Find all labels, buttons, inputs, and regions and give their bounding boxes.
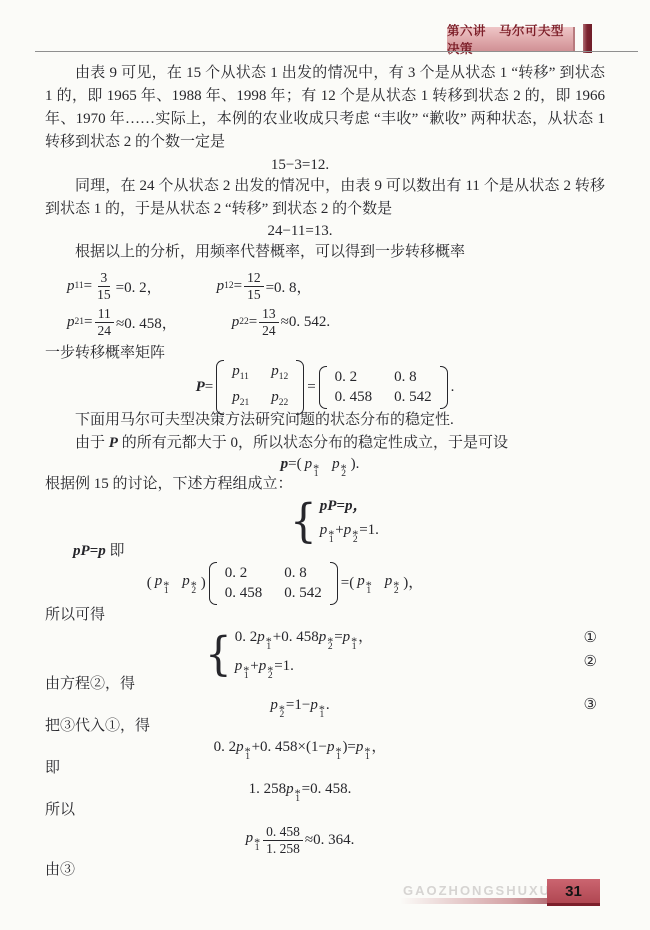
subscript-12: 12 [279,372,289,382]
text-run: 即 [106,543,125,559]
text-run: 的所有元都大于 0，所以状态分布的稳定性成立，于是可设 [118,435,508,451]
page-number: 31 [565,883,582,900]
transition-prob-row-2: p21=1124≈0. 458， p22=1324≈0. 542. [45,304,605,340]
subscript-1: 1 [266,643,271,652]
result: ≈0. 364. [305,830,354,850]
coef: 0. 2 [235,629,258,645]
paragraph-6: 根据例 15 的讨论，下述方程组成立： [45,473,605,496]
denominator: 15 [94,287,114,303]
var-p: p [232,314,240,331]
value: ≈0. 458， [116,312,177,333]
subscript-2: 2 [341,470,346,479]
value: =0. 2， [116,276,162,297]
var-P: P [109,435,118,451]
subscript-22: 22 [279,398,289,408]
equals: = [84,314,92,331]
p-star-1: p*1 [320,522,336,538]
paragraph-11: 即 [45,757,605,779]
plus: + [335,522,343,538]
p-star-2: p*2 [332,456,348,472]
matrix-numeric: 0. 2 0. 8 0. 458 0. 542 [319,366,448,409]
subscript-2: 2 [268,672,273,681]
system2-line1: 0. 2p*1+0. 458p*2=p*1， [235,627,373,652]
equation-system-2: { 0. 2p*1+0. 458p*2=p*1， p*1+p*2=1. ① ② [45,627,605,673]
system-brace: { [205,631,232,677]
system2-line2: p*1+p*2=1. [235,656,373,681]
var-p: p [319,629,327,645]
numerator: 0. 458 [263,824,303,841]
subscript-1: 1 [244,672,249,681]
transition-matrix-equation: P= p11 p12 p21 p22 = 0. 2 0. 8 0. 458 0 [45,365,605,409]
var-p: p [343,629,351,645]
value: ≈0. 542. [281,314,330,331]
subscript-2: 2 [394,587,399,596]
header-rule [35,51,638,52]
cell-v22: 0. 542 [284,585,322,602]
p-star-1: p*1 [235,658,251,674]
textbook-page: 第六讲 马尔可夫型决策 由表 9 可见，在 15 个从状态 1 出发的情况中，有… [0,0,650,930]
equation-tag-1: ① [584,628,597,647]
numerator: 11 [95,306,114,323]
result: =0. 458. [302,781,352,797]
equals: = [249,314,257,331]
left-paren: ( [147,573,152,593]
subscript-2: 2 [328,643,333,652]
paragraph-13: 由③ [45,859,605,881]
left-paren [319,366,327,409]
text-run: 由于 [75,435,109,451]
var-p: p [305,456,313,472]
fraction-13-24: 1324 [259,306,279,338]
paragraph-2: 同理，在 24 个从状态 2 出发的情况中，由表 9 可以数出有 11 个是从状… [45,175,605,221]
subscript-1: 1 [319,711,324,720]
equals: = [288,456,296,472]
var-p: p [385,573,393,589]
subscript-1: 1 [245,753,250,762]
subscript-21: 21 [75,317,85,327]
p-star-2: p*2 [319,629,335,645]
subscript-2: 2 [191,587,196,596]
var-p: p [356,739,364,755]
var-p: p [235,658,243,674]
paragraph-8: 所以可得 [45,604,605,627]
var-p: p [286,781,294,797]
p-star-1: p*1 [357,571,373,596]
subscript-1: 1 [329,536,334,545]
p-star-1: p*1 [155,571,171,596]
equals-one-minus: =1− [286,697,310,713]
var-p: p [182,573,190,589]
var-p: p [271,389,279,405]
p-star-1: p*1 [246,828,262,853]
p-star-2: p*2 [385,571,401,596]
equation-24-11: 24−11=13. [45,221,605,241]
right-paren [440,366,448,409]
stationary-vector-equation: p=(p*1p*2). [45,455,605,473]
left-paren [209,562,217,605]
system-brace: { [290,497,317,543]
matrix-symbolic: p11 p12 p21 p22 [216,360,304,415]
subscript-1: 1 [365,753,370,762]
formula-p11: p11=315=0. 2， [67,270,162,302]
var-p: p [217,278,225,295]
formula-p21: p21=1124≈0. 458， [67,306,177,338]
p-star-1: p*1 [257,629,273,645]
paragraph-4: 下面用马尔可夫型决策方法研究问题的状态分布的稳定性. [45,409,605,432]
cell-v11: 0. 2 [335,369,373,386]
subscript-1: 1 [352,643,357,652]
left-paren [216,360,224,415]
numerator: 13 [259,306,279,323]
var-p: p [357,573,365,589]
period: . [326,697,330,713]
equals: = [334,629,342,645]
var-p: p [332,456,340,472]
p-star-2: p*2 [344,522,360,538]
subscript-21: 21 [240,398,250,408]
matrix-numeric: 0. 2 0. 8 0. 458 0. 542 [209,562,338,605]
fraction-12-15: 1215 [244,270,264,302]
chapter-header-accent-bar [583,24,592,53]
transition-prob-row-1: p11=315=0. 2， p12=1215=0. 8， [45,268,605,304]
equals: = [234,278,242,295]
numerator: 3 [98,270,111,287]
p-star-1: p*1 [343,629,359,645]
cell-p11: p11 [232,363,249,386]
subscript-1: 1 [336,753,341,762]
subscript-1: 1 [255,844,260,853]
cell-v12: 0. 8 [284,565,322,582]
subscript-2: 2 [353,536,358,545]
subscript-1: 1 [295,795,300,804]
value: =0. 8， [266,276,312,297]
equation-4: 0. 2p*1+0. 458×(1−p*1)=p*1， [45,737,605,757]
equation-tag-2: ② [584,652,597,671]
formula-p12: p12=1215=0. 8， [217,270,312,302]
subscript-2: 2 [280,711,285,720]
equation-3: p*2=1−p*1. ③ [45,695,605,715]
denominator: 24 [259,323,279,339]
var-P: P [196,377,205,397]
var-p: p [320,522,328,538]
subscript-11: 11 [240,372,249,382]
close-equals: )= [342,739,355,755]
subscript-11: 11 [75,281,84,291]
p-star-1: p*1 [286,781,302,797]
right-paren [296,360,304,415]
equals: = [307,377,315,397]
cell-v12: 0. 8 [394,369,432,386]
fraction-11-24: 1124 [94,306,114,338]
subscript-1: 1 [314,470,319,479]
p-star-1: p*1 [310,697,326,713]
rowvector-matrix-equation: (p*1p*2) 0. 2 0. 8 0. 458 0. 542 = (p*1p… [45,562,605,604]
equals: = [205,377,213,397]
cell-v11: 0. 2 [225,565,263,582]
var-p: p [236,739,244,755]
right-paren: ) [201,573,206,593]
right-paren-period: ). [351,456,360,472]
formula-p22: p22=1324≈0. 542. [232,306,330,338]
comma: ， [358,629,373,645]
footer-watermark: GAOZHONGSHUXUE [403,883,562,898]
equation-15-3: 15−3=12. [45,155,605,175]
cell-v22: 0. 542 [394,389,432,406]
equals: = [341,573,349,593]
cell-p12: p12 [271,363,288,386]
fraction-0458-1258: 0. 4581. 258 [263,824,303,856]
comma: ， [408,573,423,593]
var-p: p [344,522,352,538]
p-star-1: p*1 [327,739,343,755]
paragraph-5: 由于 P 的所有元都大于 0，所以状态分布的稳定性成立，于是可设 [45,432,605,455]
var-p: p [271,363,279,379]
page-content: 由表 9 可见，在 15 个从状态 1 出发的情况中，有 3 个是从状态 1 “… [45,62,605,881]
paragraph-1: 由表 9 可见，在 15 个从状态 1 出发的情况中，有 3 个是从状态 1 “… [45,62,605,154]
coef: 0. 2 [214,739,237,755]
matrix-intro-label: 一步转移概率矩阵 [45,342,605,365]
period: . [451,377,455,397]
var-p: p [270,697,278,713]
var-p: p [259,658,267,674]
plus: + [250,658,258,674]
var-p: p [327,739,335,755]
subscript-12: 12 [224,281,234,291]
system1-line2: p*1+p*2=1. [320,520,379,545]
chapter-header-box: 第六讲 马尔可夫型决策 [447,27,575,52]
p-star-2: p*2 [270,697,286,713]
subscript-1: 1 [366,587,371,596]
middle-run: +0. 458×(1− [252,739,327,755]
comma: ， [371,739,386,755]
var-p: p [67,278,75,295]
var-p: p [310,697,318,713]
denominator: 24 [94,323,114,339]
cell-v21: 0. 458 [225,585,263,602]
paragraph-3: 根据以上的分析，用频率代替概率，可以得到一步转移概率 [45,241,605,264]
equals-one: =1. [274,658,294,674]
paragraph-10: 把③代入①，得 [45,715,605,737]
var-p: p [232,389,240,405]
equation-5: 1. 258p*1=0. 458. [45,779,605,799]
cell-v21: 0. 458 [335,389,373,406]
equation-6: p*10. 4581. 258≈0. 364. [45,821,605,859]
p-star-2: p*2 [182,571,198,596]
left-paren: ( [349,573,354,593]
var-p: p [246,830,254,846]
p-star-2: p*2 [259,658,275,674]
var-p: p [67,314,75,331]
p-star-1: p*1 [305,456,321,472]
page-number-badge: 31 [547,879,600,906]
left-paren: ( [297,456,302,472]
equals-one: =1. [359,522,379,538]
coef: 1. 258 [249,781,287,797]
equation-tag-3: ③ [584,695,597,715]
numerator: 12 [244,270,264,287]
paragraph-12: 所以 [45,799,605,821]
var-p: p [232,363,240,379]
coef: +0. 458 [273,629,319,645]
var-p: p [257,629,265,645]
subscript-22: 22 [239,317,249,327]
pP-equals-p: pP=p [73,543,106,559]
denominator: 15 [244,287,264,303]
fraction-3-15: 315 [94,270,114,302]
right-paren [330,562,338,605]
p-star-1: p*1 [356,739,372,755]
p-star-1: p*1 [236,739,252,755]
denominator: 1. 258 [263,841,303,857]
system1-line1: pP=p， [320,496,379,516]
subscript-1: 1 [164,587,169,596]
equation-system-1: { pP=p， p*1+p*2=1. [45,496,605,540]
equals: = [84,278,92,295]
var-p: p [155,573,163,589]
